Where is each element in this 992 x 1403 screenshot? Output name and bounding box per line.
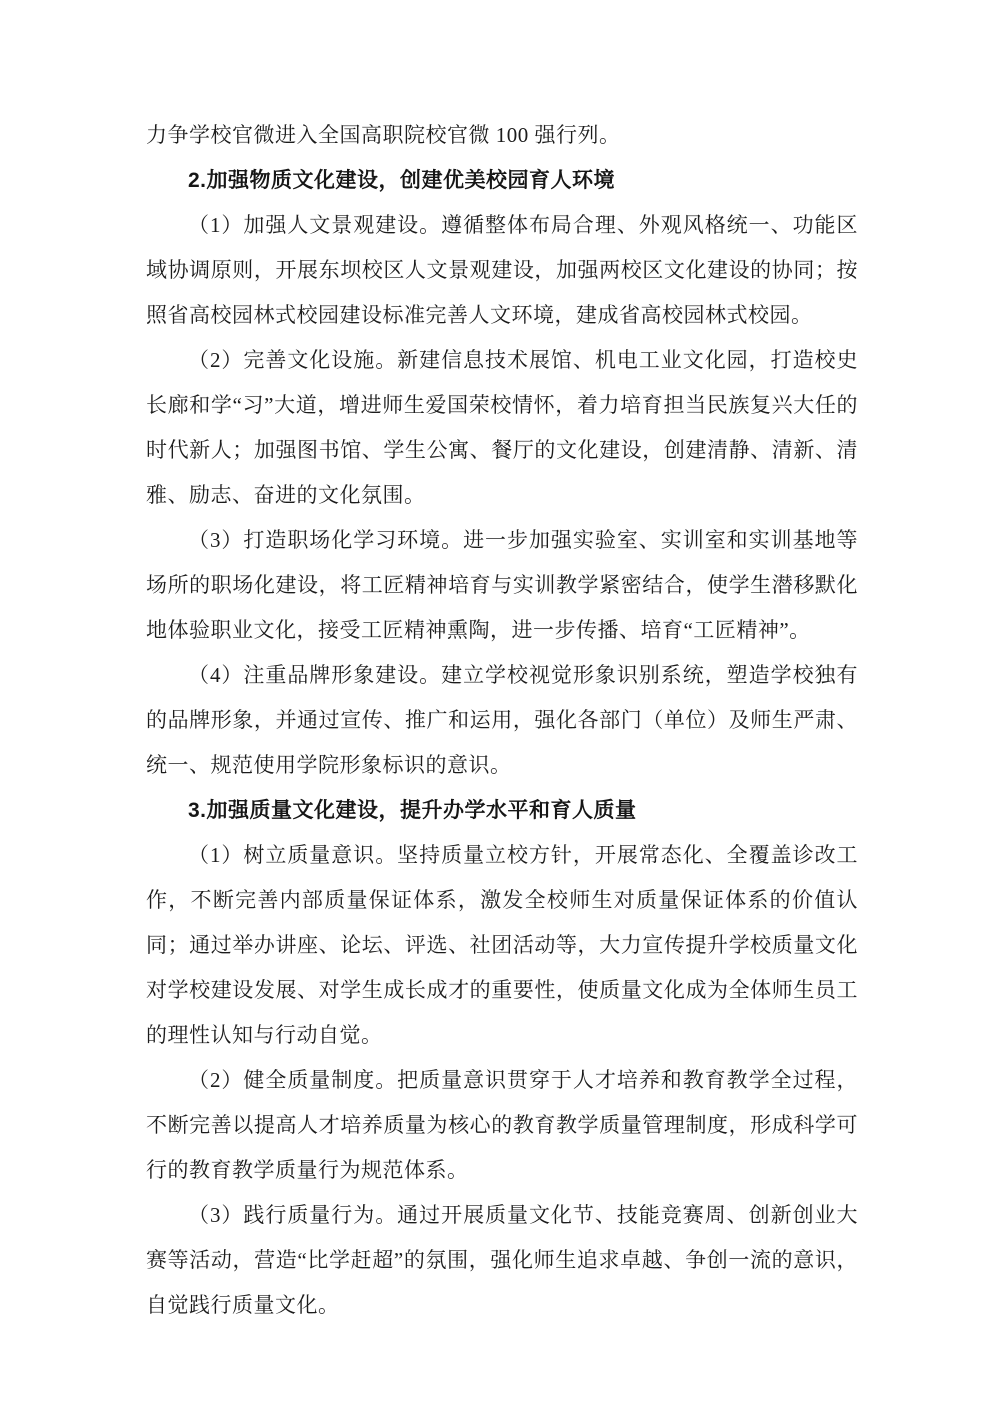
paragraph-2-3: （3）打造职场化学习环境。进一步加强实验室、实训室和实训基地等场所的职场化建设，… xyxy=(146,518,858,653)
document-text-block: 力争学校官微进入全国高职院校官微 100 强行列。 2.加强物质文化建设，创建优… xyxy=(146,113,858,1328)
document-page: 力争学校官微进入全国高职院校官微 100 强行列。 2.加强物质文化建设，创建优… xyxy=(0,0,992,1403)
paragraph-3-2: （2）健全质量制度。把质量意识贯穿于人才培养和教育教学全过程，不断完善以提高人才… xyxy=(146,1058,858,1193)
paragraph-3-3: （3）践行质量行为。通过开展质量文化节、技能竞赛周、创新创业大赛等活动，营造“比… xyxy=(146,1193,858,1328)
paragraph-3-1: （1）树立质量意识。坚持质量立校方针，开展常态化、全覆盖诊改工作，不断完善内部质… xyxy=(146,833,858,1058)
section-2-heading: 2.加强物质文化建设，创建优美校园育人环境 xyxy=(146,158,858,203)
section-3-heading: 3.加强质量文化建设，提升办学水平和育人质量 xyxy=(146,788,858,833)
paragraph-2-2: （2）完善文化设施。新建信息技术展馆、机电工业文化园，打造校史长廊和学“习”大道… xyxy=(146,338,858,518)
continuation-paragraph: 力争学校官微进入全国高职院校官微 100 强行列。 xyxy=(146,113,858,158)
paragraph-2-1: （1）加强人文景观建设。遵循整体布局合理、外观风格统一、功能区域协调原则，开展东… xyxy=(146,203,858,338)
paragraph-2-4: （4）注重品牌形象建设。建立学校视觉形象识别系统，塑造学校独有的品牌形象，并通过… xyxy=(146,653,858,788)
